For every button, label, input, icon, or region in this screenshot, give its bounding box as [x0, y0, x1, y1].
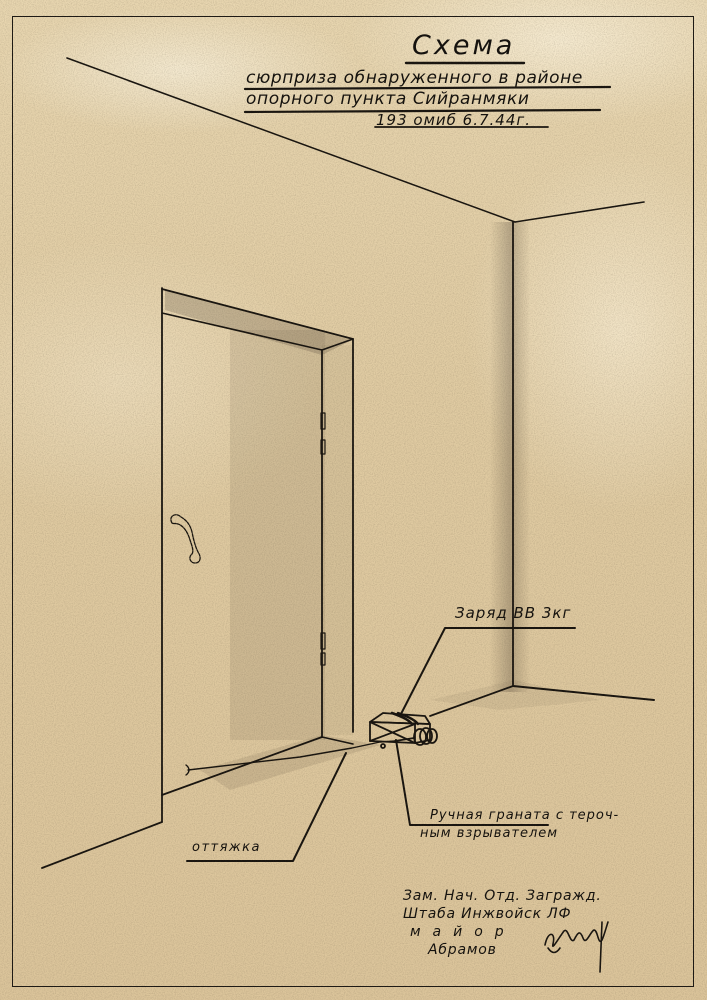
- signature-position: Зам. Нач. Отд. Загражд.: [403, 888, 602, 904]
- subtitle-line-2: опорного пункта Сийранмяки: [246, 89, 530, 109]
- signature-rank: майор: [410, 924, 516, 940]
- subtitle-line-3: 193 омиб 6.7.44г.: [376, 111, 531, 129]
- signature-unit: Штаба Инжвойск ЛФ: [403, 906, 571, 922]
- label-grenade-line-2: ным взрывателем: [420, 826, 558, 841]
- schematic-drawing: [0, 0, 707, 1000]
- page-title: Схема: [412, 30, 515, 61]
- signature-name: Абрамов: [428, 942, 497, 958]
- label-explosive-charge: Заряд ВВ 3кг: [455, 604, 571, 622]
- label-grenade-line-1: Ручная граната с тероч-: [430, 808, 619, 823]
- subtitle-line-1: сюрприза обнаруженного в районе: [246, 68, 583, 88]
- label-tripwire: оттяжка: [192, 840, 261, 855]
